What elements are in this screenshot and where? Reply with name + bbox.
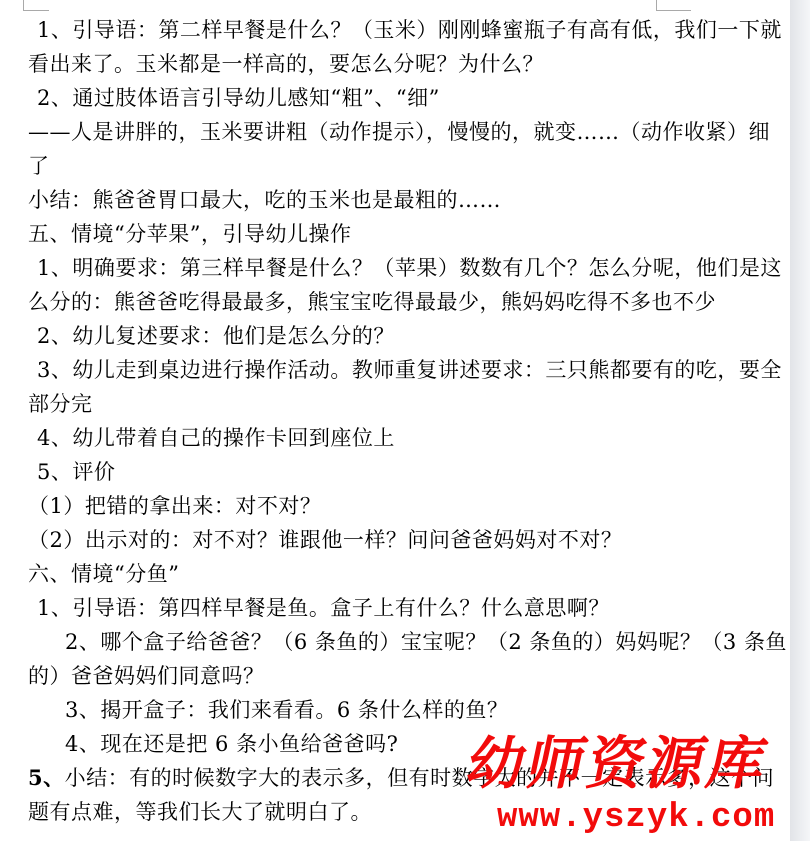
- margin-crop-mark-left: [23, 0, 49, 11]
- text-line: 1、引导语：第四样早餐是鱼。盒子上有什么？什么意思啊？: [28, 591, 773, 625]
- text-line: 看出来了。玉米都是一样高的，要怎么分呢？为什么？: [28, 47, 773, 81]
- text-line: 2、哪个盒子给爸爸？（6 条鱼的）宝宝呢？（2 条鱼的）妈妈呢？（3 条鱼: [28, 625, 773, 659]
- text-line: 3、幼儿走到桌边进行操作活动。教师重复讲述要求：三只熊都要有的吃，要全: [28, 353, 773, 387]
- text-line: 2、通过肢体语言引导幼儿感知“粗”、“细”: [28, 81, 773, 115]
- text-line: 1、引导语：第二样早餐是什么？（玉米）刚刚蜂蜜瓶子有高有低，我们一下就: [28, 13, 773, 47]
- text-line: 3、揭开盒子：我们来看看。6 条什么样的鱼？: [28, 693, 773, 727]
- section-heading: 六、情境“分鱼”: [28, 557, 773, 591]
- margin-crop-mark-right: [656, 0, 691, 11]
- text-line: 2、幼儿复述要求：他们是怎么分的？: [28, 319, 773, 353]
- text-line: ——人是讲胖的，玉米要讲粗（动作提示），慢慢的，就变……（动作收紧）细: [28, 115, 773, 149]
- text-line: 1、明确要求：第三样早餐是什么？（苹果）数数有几个？怎么分呢，他们是这: [28, 251, 773, 285]
- text-line: 么分的：熊爸爸吃得最最多，熊宝宝吃得最最少，熊妈妈吃得不多也不少: [28, 285, 773, 319]
- text-line: 部分完: [28, 387, 773, 421]
- text-line: 的）爸爸妈妈们同意吗？: [28, 659, 773, 693]
- watermark-url: www.yszyk.com: [497, 799, 775, 837]
- section-heading: 五、情境“分苹果”，引导幼儿操作: [28, 217, 773, 251]
- text-line: 了: [28, 149, 773, 183]
- document-page: 1、引导语：第二样早餐是什么？（玉米）刚刚蜂蜜瓶子有高有低，我们一下就 看出来了…: [0, 0, 790, 841]
- text-line: （2）出示对的：对不对？谁跟他一样？问问爸爸妈妈对不对？: [28, 523, 773, 557]
- text-line: 4、幼儿带着自己的操作卡回到座位上: [28, 421, 773, 455]
- text-line: 5、评价: [28, 455, 773, 489]
- text-line: 小结：熊爸爸胃口最大，吃的玉米也是最粗的……: [28, 183, 773, 217]
- text-line: （1）把错的拿出来：对不对？: [28, 489, 773, 523]
- document-body: 1、引导语：第二样早餐是什么？（玉米）刚刚蜂蜜瓶子有高有低，我们一下就 看出来了…: [28, 13, 773, 829]
- watermark-logo: 幼师资源库: [461, 733, 774, 795]
- page-edge-strip: [790, 0, 810, 841]
